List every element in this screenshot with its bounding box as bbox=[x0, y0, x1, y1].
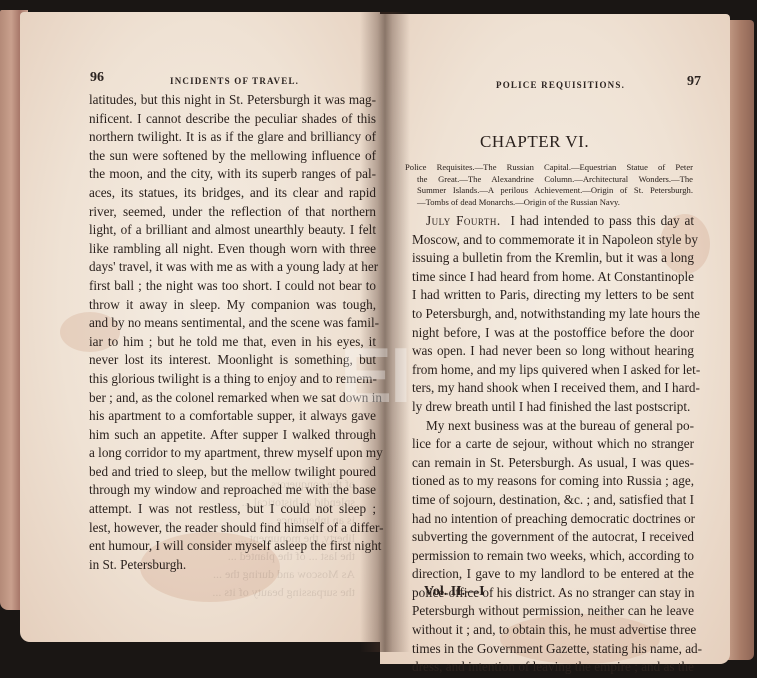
watermark: EI bbox=[340, 330, 410, 421]
text-line: ly drew breath until I had finished the … bbox=[412, 398, 694, 417]
text-line: like rambling all night. Even though wor… bbox=[89, 240, 376, 259]
bleed-line: the surpassing beauty of its ... bbox=[75, 583, 355, 601]
chapter-summary: Police Requisites.—The Russian Capital.—… bbox=[405, 162, 693, 208]
text-line: first ball ; the night was too short. I … bbox=[89, 277, 376, 296]
text-line: direction, I gave to my landlord to be e… bbox=[412, 565, 694, 584]
left-running-head: INCIDENTS OF TRAVEL. bbox=[170, 76, 299, 86]
bleed-line: As Moscow and during the ... bbox=[75, 565, 355, 583]
text-line: iar to him ; but he told me that, even i… bbox=[89, 333, 376, 352]
right-page-number: 97 bbox=[687, 74, 701, 90]
text-line: had no intention of preaching democratic… bbox=[412, 510, 694, 529]
text-fragment: I had intended to pass this day at bbox=[510, 213, 694, 228]
text-line: latitudes, but this night in St. Petersb… bbox=[89, 91, 376, 110]
text-line: never lost its interest. Moonlight is so… bbox=[89, 351, 376, 370]
text-line: Petersburgh without permission, neither … bbox=[412, 602, 694, 621]
text-line: the sun were softened by the mellowing i… bbox=[89, 147, 376, 166]
text-line: and by no means sentimental, and the sce… bbox=[89, 314, 376, 333]
text-line: this glorious twilight is a thing to enj… bbox=[89, 370, 376, 389]
text-line: was open. I had never been so long witho… bbox=[412, 342, 694, 361]
bleed-line: is an inheritance ... bbox=[75, 511, 355, 529]
lead-in: July Fourth. bbox=[426, 213, 501, 228]
text-line: My next business was at the bureau of ge… bbox=[412, 417, 694, 436]
text-line: days' travel, it was with me as with a y… bbox=[89, 258, 376, 277]
bleed-through-text: of the conquerors, ... splendid as histo… bbox=[75, 475, 355, 585]
right-page-body: July Fourth. I had intended to pass this… bbox=[412, 212, 694, 677]
text-line-first: July Fourth. I had intended to pass this… bbox=[412, 212, 694, 231]
text-line: nificent. I cannot describe the peculiar… bbox=[89, 110, 376, 129]
text-line: a long corridor to my apartment, threw m… bbox=[89, 444, 376, 463]
bleed-line: liberty, the monument ... bbox=[75, 529, 355, 547]
text-line: lice for a carte de sejour, without whic… bbox=[412, 435, 694, 454]
text-line: time since I had heard from home. At Con… bbox=[412, 268, 694, 287]
text-line: river, seemed, under the reflection of t… bbox=[89, 203, 376, 222]
text-line: permission to remain two weeks, which, a… bbox=[412, 547, 694, 566]
summary-line: Summer Islands.—A perilous Achievement.—… bbox=[405, 185, 693, 197]
text-line: to Petersburgh, and, notwithstanding my … bbox=[412, 305, 694, 324]
summary-line: Police Requisites.—The Russian Capital.—… bbox=[405, 162, 693, 174]
bleed-line: the last ... of the planted ... bbox=[75, 547, 355, 565]
text-line: times in the Government Gazette, stating… bbox=[412, 640, 694, 659]
text-line: ters, my hand shook when I received them… bbox=[412, 379, 694, 398]
bleed-line: splendid as historical ... bbox=[75, 493, 355, 511]
chapter-title: CHAPTER VI. bbox=[480, 132, 589, 152]
text-line: time of sojourn, destination, &c. ; and,… bbox=[412, 491, 694, 510]
text-line: aces, its statues, its bridges, and its … bbox=[89, 184, 376, 203]
text-line: without it ; and, to obtain this, he mus… bbox=[412, 621, 694, 640]
summary-line: —Tombs of dead Monarchs.—Origin of the R… bbox=[405, 197, 693, 209]
text-line: I had written to Paris, directing my let… bbox=[412, 286, 694, 305]
summary-line: the Great.—The Alexandrine Column.—Archi… bbox=[405, 174, 693, 186]
text-line: issuing a bulletin from the Kremlin, but… bbox=[412, 249, 694, 268]
text-line: ber ; and, as the colonel remarked when … bbox=[89, 389, 376, 408]
text-line: throw it away in sleep. My companion was… bbox=[89, 296, 376, 315]
right-page-edges bbox=[728, 20, 754, 660]
text-line: Moscow, and to commemorate it in Napoleo… bbox=[412, 231, 694, 250]
text-line: night before, I was at the postoffice be… bbox=[412, 324, 694, 343]
text-line: dress, and intention of leaving the empi… bbox=[412, 658, 694, 677]
right-running-head: POLICE REQUISITIONS. bbox=[496, 80, 625, 90]
text-line: him such an appetite. After supper I wal… bbox=[89, 426, 376, 445]
text-line: the moon, and the city, with its superb … bbox=[89, 165, 376, 184]
bleed-line: of the conquerors, ... bbox=[75, 475, 355, 493]
text-line: tioned as to my reasons for coming into … bbox=[412, 472, 694, 491]
text-line: subverting the government of the autocra… bbox=[412, 528, 694, 547]
left-page-number: 96 bbox=[90, 70, 104, 86]
text-line: can remain in St. Petersburgh. As usual,… bbox=[412, 454, 694, 473]
text-line: light, of a brilliant and almost unearth… bbox=[89, 221, 376, 240]
text-line: northern twilight. It is as if the glare… bbox=[89, 128, 376, 147]
text-line: his apartment to a comfortable supper, i… bbox=[89, 407, 376, 426]
signature-mark: Vol. II.—I bbox=[424, 584, 485, 600]
text-line: from home, and my lips quivered when I a… bbox=[412, 361, 694, 380]
